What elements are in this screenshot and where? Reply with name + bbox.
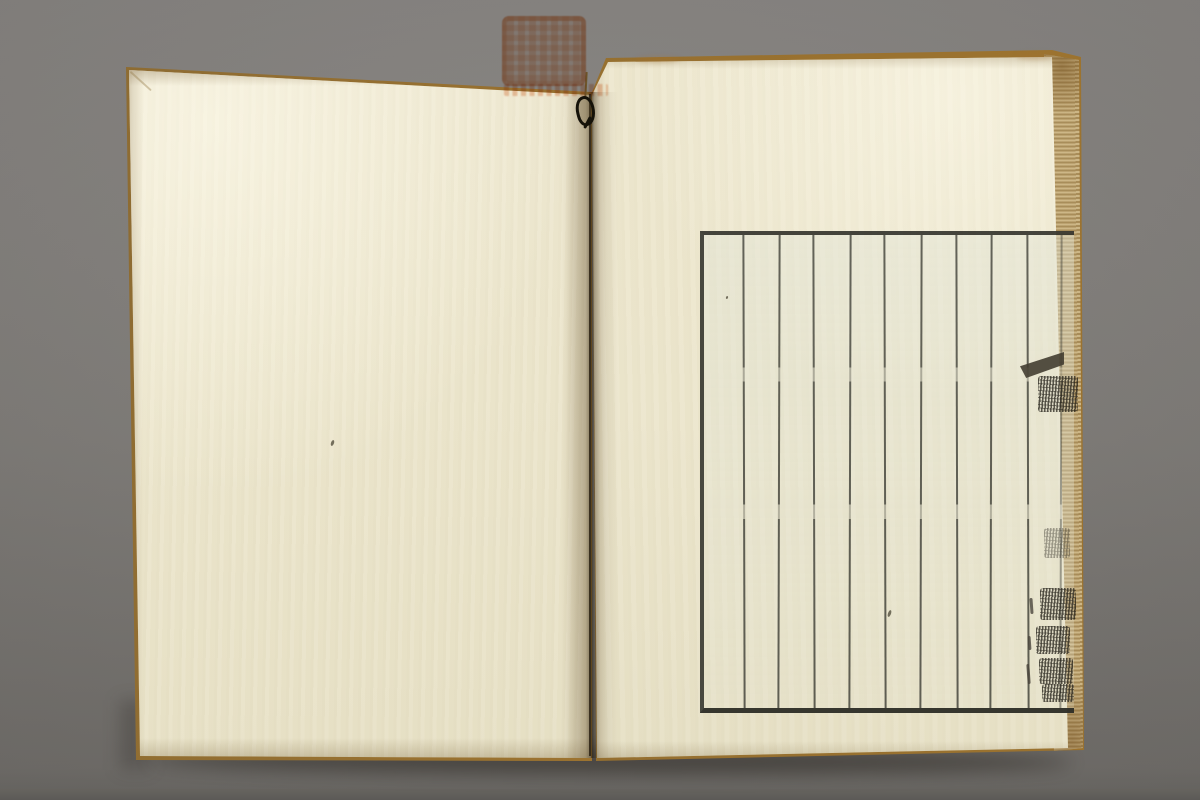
left-page-bottom-shading (129, 738, 591, 758)
grid-column-line (883, 235, 886, 708)
library-seal-watermark (502, 16, 586, 86)
left-page-blank (129, 70, 591, 758)
grid-column-line (777, 235, 780, 708)
grid-column-line (989, 235, 992, 708)
grid-column-line (812, 235, 815, 708)
fore-edge-ink-mark (1042, 684, 1074, 702)
fore-edge-ink-mark (1039, 658, 1073, 684)
page-edge-wear (636, 56, 680, 63)
fore-edge-ink-mark (1036, 626, 1070, 654)
fore-edge-ink-mark (1040, 588, 1076, 620)
grid-column-line (848, 235, 851, 708)
fore-edge-ink-mark (1038, 376, 1078, 412)
grid-column-line (742, 235, 745, 708)
seal-caption-watermark (504, 84, 608, 96)
writing-column-grid (700, 231, 1074, 713)
grid-column-line (919, 235, 922, 708)
grid-column-line (955, 235, 958, 708)
page-edge-wear (1016, 52, 1054, 60)
binding-gutter-shadow (566, 92, 618, 758)
backdrop-bottom-strip (0, 789, 1200, 800)
binding-gutter-line (589, 94, 591, 756)
fore-edge-ink-mark (1044, 528, 1070, 558)
